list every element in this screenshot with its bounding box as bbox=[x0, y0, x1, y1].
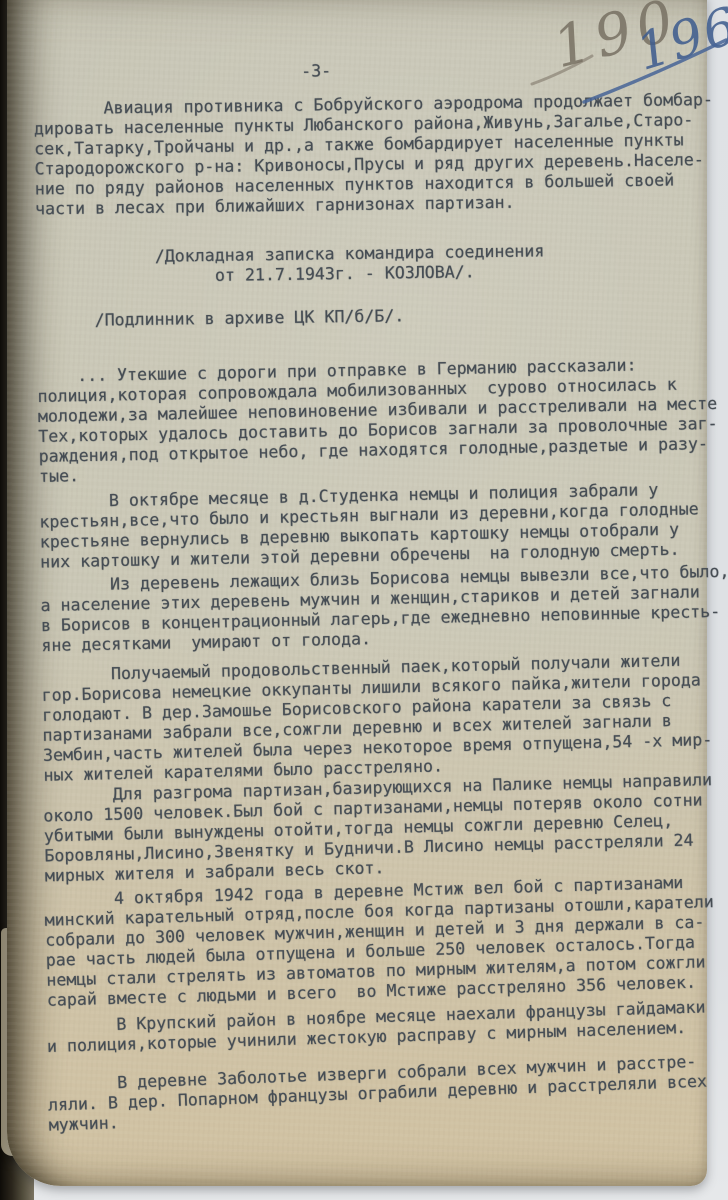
paragraph-ration-zamoshye: Получаемый продовольственный паек,которы… bbox=[41, 650, 720, 786]
paragraph-aviation-raids: Авиация противника с Бобруйского аэродро… bbox=[34, 90, 712, 219]
typed-line: /Подлинник в архиве ЦК КП/б/Б/. bbox=[94, 302, 712, 331]
typewritten-text: -3- Авиация противника с Бобруйского аэр… bbox=[33, 56, 724, 1120]
paragraph-archive-note: /Подлинник в архиве ЦК КП/б/Б/. bbox=[94, 302, 712, 331]
paragraph-report-attribution: /Докладная записка командира соединения … bbox=[155, 239, 713, 287]
paragraph-borisov-camp: Из деревень лежащих близь Борисова немцы… bbox=[40, 562, 718, 656]
paragraph-mstizh-massacre: 4 октября 1942 года в деревне Мстиж вел … bbox=[44, 872, 723, 1011]
paragraph-escapees-account: ... Утекшие с дороги при отправке в Герм… bbox=[37, 354, 715, 487]
paragraph-palik-punitive: Для разгрома партизан,базирующихся на Па… bbox=[43, 770, 721, 886]
paragraph-zabolotye: В деревне Заболотье изверги собрали всех… bbox=[47, 1051, 725, 1136]
document-page: -3- Авиация противника с Бобруйского аэр… bbox=[7, 0, 707, 1186]
paragraph-studenka-october: В октябре месяце в д.Студенка немцы и по… bbox=[39, 479, 716, 573]
